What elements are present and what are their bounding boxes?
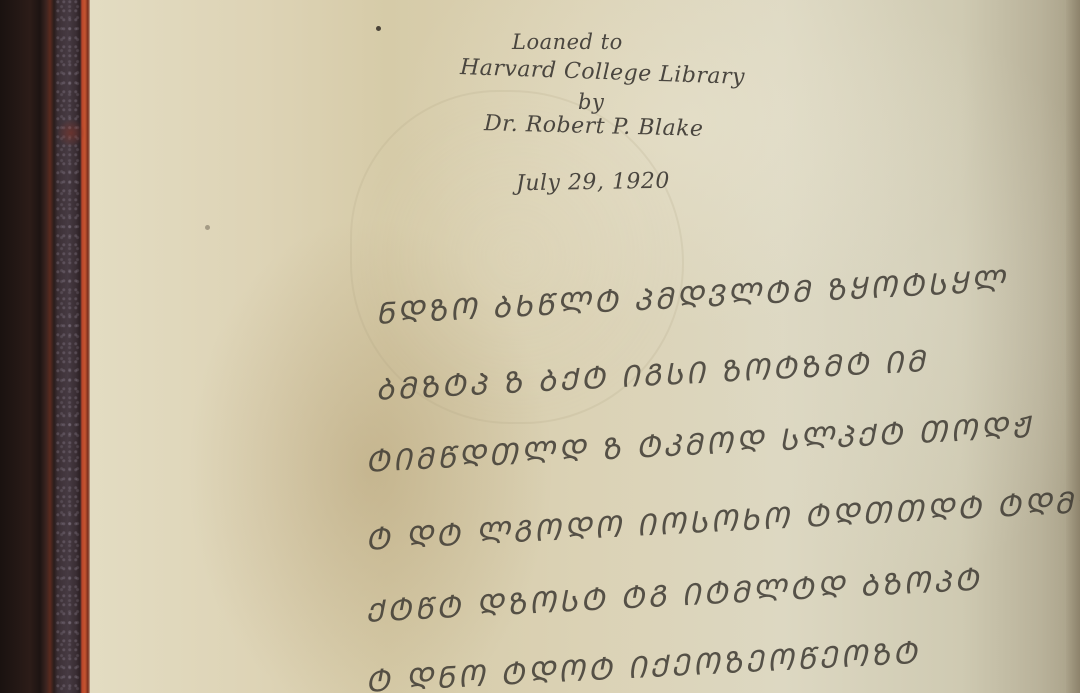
manuscript-line: Ტ ᲓᲢ ᲚᲒᲝᲓᲝ ᲘᲝᲡᲝᲮᲝ ᲢᲓᲗᲗᲓᲢ ᲢᲓᲛᲓᲡᲢ <box>364 477 1080 559</box>
georgian-manuscript-text: ᲜᲓᲖᲝ ᲑᲮᲬᲚᲢ ᲞᲛᲓᲕᲚᲢᲛ ᲖᲧᲝᲢᲡᲧᲚ ᲑᲛᲖᲢᲞ Ზ ᲑᲥᲢ Ი… <box>0 0 1080 693</box>
manuscript-line: ᲥᲢᲬᲢ ᲓᲖᲝᲡᲢ ᲢᲒ ᲘᲢᲛᲚᲢᲓ ᲑᲖᲝᲞᲢ <box>364 558 982 631</box>
manuscript-line: ᲑᲛᲖᲢᲞ Ზ ᲑᲥᲢ ᲘᲒᲡᲘ ᲖᲝᲢᲖᲛᲢ ᲘᲛ <box>374 339 929 409</box>
manuscript-line: Ტ ᲓᲜᲝ ᲢᲓᲝᲢ ᲘᲥᲔᲝᲖᲔᲝᲬᲔᲝᲖᲢ <box>364 631 921 693</box>
manuscript-line: ᲢᲘᲛᲬᲓᲗᲚᲓ Ზ ᲢᲙᲛᲝᲓ ᲡᲚᲞᲥᲢ ᲗᲝᲓᲟ <box>364 405 1034 481</box>
manuscript-photo: Loaned to Harvard College Library by Dr.… <box>0 0 1080 693</box>
manuscript-line: ᲜᲓᲖᲝ ᲑᲮᲬᲚᲢ ᲞᲛᲓᲕᲚᲢᲛ ᲖᲧᲝᲢᲡᲧᲚ <box>374 259 1008 333</box>
